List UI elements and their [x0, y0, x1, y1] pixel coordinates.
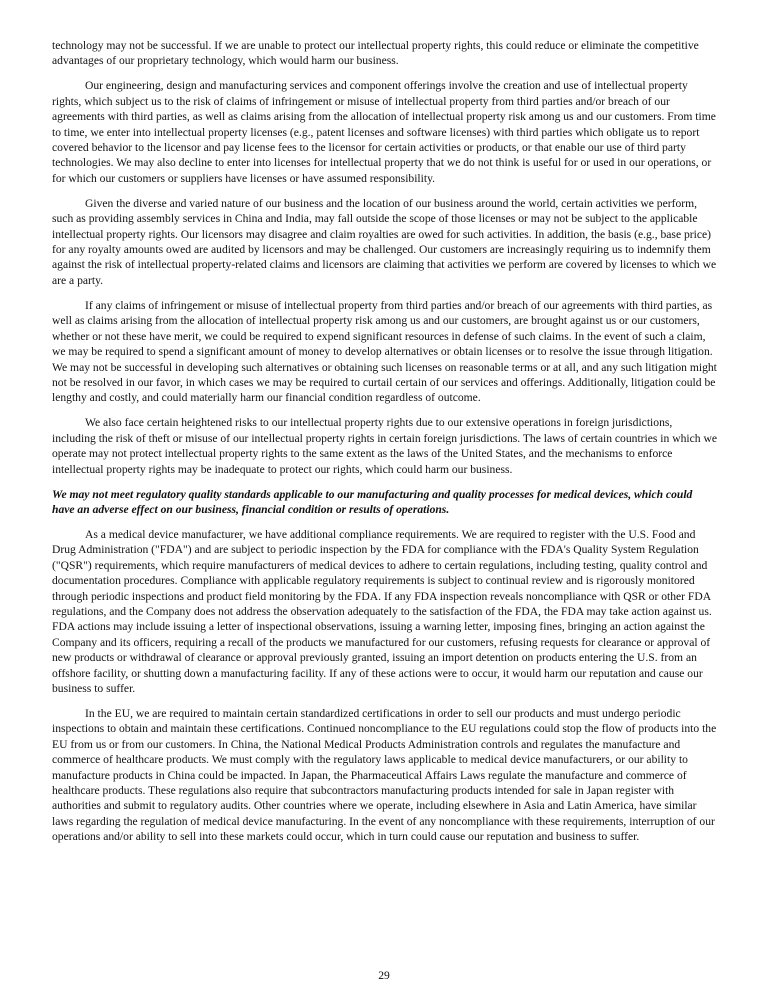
paragraph-international-regulations: In the EU, we are required to maintain c… [52, 706, 717, 845]
section-heading-regulatory: We may not meet regulatory quality stand… [52, 487, 717, 518]
paragraph-fda-compliance: As a medical device manufacturer, we hav… [52, 527, 717, 696]
paragraph-license-scope: Given the diverse and varied nature of o… [52, 196, 717, 288]
paragraph-continuation: technology may not be successful. If we … [52, 38, 717, 69]
document-page: technology may not be successful. If we … [52, 38, 717, 854]
page-number: 29 [0, 969, 768, 982]
paragraph-infringement-claims: If any claims of infringement or misuse … [52, 298, 717, 406]
paragraph-foreign-jurisdictions: We also face certain heightened risks to… [52, 415, 717, 477]
paragraph-ip-licenses: Our engineering, design and manufacturin… [52, 78, 717, 186]
